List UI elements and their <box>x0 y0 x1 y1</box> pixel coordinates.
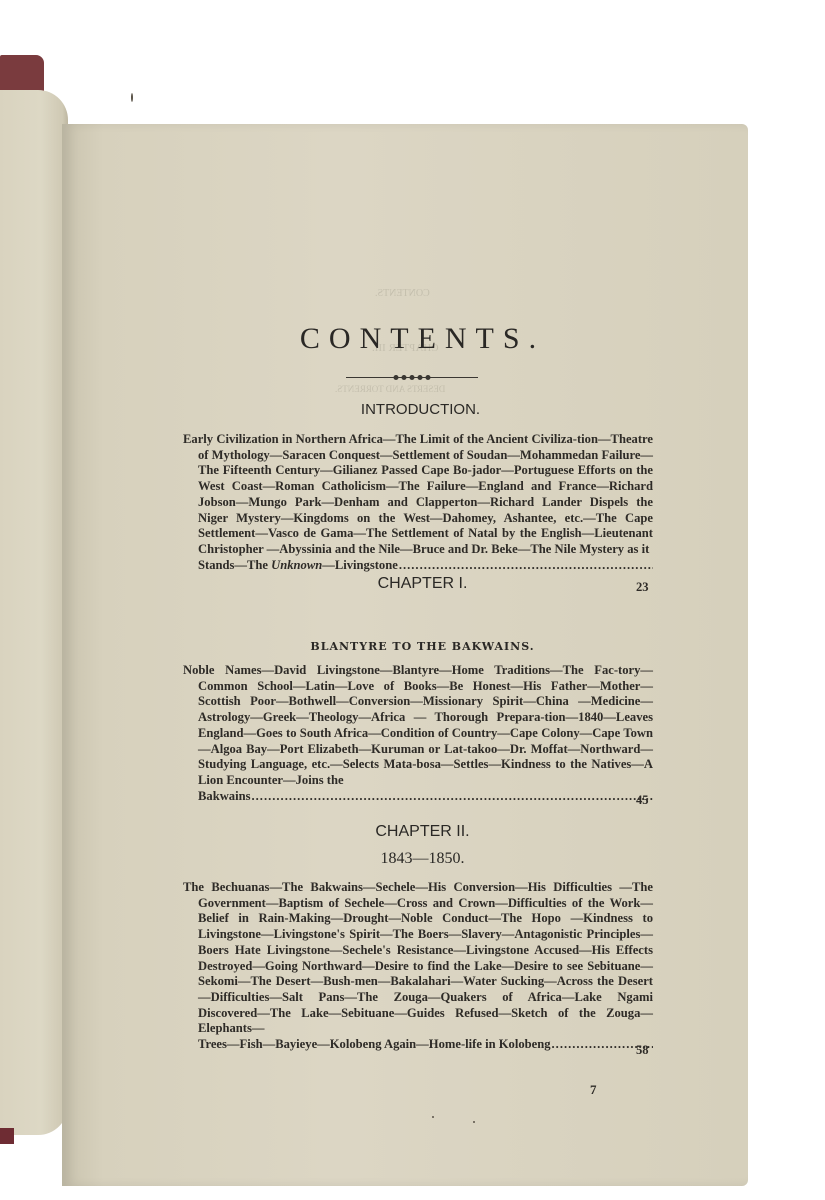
dot-leader <box>399 558 653 574</box>
toc-entry-text: Early Civilization in Northern Africa—Th… <box>198 432 653 558</box>
folio-page-number: 7 <box>590 1082 597 1098</box>
section-heading-chapter-2: CHAPTER II. <box>0 823 825 841</box>
section-heading-introduction: INTRODUCTION. <box>0 401 825 418</box>
book-cover-top <box>0 55 44 91</box>
toc-page-number-chapter-1: 45 <box>636 793 649 808</box>
toc-entry-chapter-2: The Bechuanas—The Bakwains—Sechele—His C… <box>183 880 653 1053</box>
toc-page-number-chapter-2: 58 <box>636 1043 649 1058</box>
book-cover-bottom <box>0 1128 14 1144</box>
paper-speck <box>131 93 133 102</box>
section-subheading-chapter-1: BLANTYRE TO THE BAKWAINS. <box>0 640 825 653</box>
paper-speck <box>432 1116 434 1118</box>
toc-entry-last-line: Bakwains <box>198 789 653 805</box>
toc-entry-last-line: Stands—The Unknown—Livingstone <box>198 558 653 574</box>
section-heading-chapter-1: CHAPTER I. <box>0 575 825 593</box>
dot-leader <box>252 789 654 805</box>
toc-entry-text: The Bechuanas—The Bakwains—Sechele—His C… <box>198 880 653 1037</box>
toc-entry-last-line: Trees—Fish—Bayieye—Kolobeng Again—Home-l… <box>198 1037 653 1053</box>
toc-entry-text: Noble Names—David Livingstone—Blantyre—H… <box>198 663 653 789</box>
section-subheading-chapter-2: 1843—1850. <box>0 850 825 868</box>
bleed-through-subheading: DESERTS AND TORRENTS. <box>335 384 445 394</box>
ornamental-divider <box>346 374 478 382</box>
paper-speck <box>473 1121 475 1123</box>
toc-entry-introduction: Early Civilization in Northern Africa—Th… <box>183 432 653 573</box>
left-page-curl <box>0 90 68 1135</box>
toc-entry-chapter-1: Noble Names—David Livingstone—Blantyre—H… <box>183 663 653 804</box>
page-title: CONTENTS. <box>0 322 825 356</box>
bleed-through-header: CONTENTS. <box>375 288 430 299</box>
